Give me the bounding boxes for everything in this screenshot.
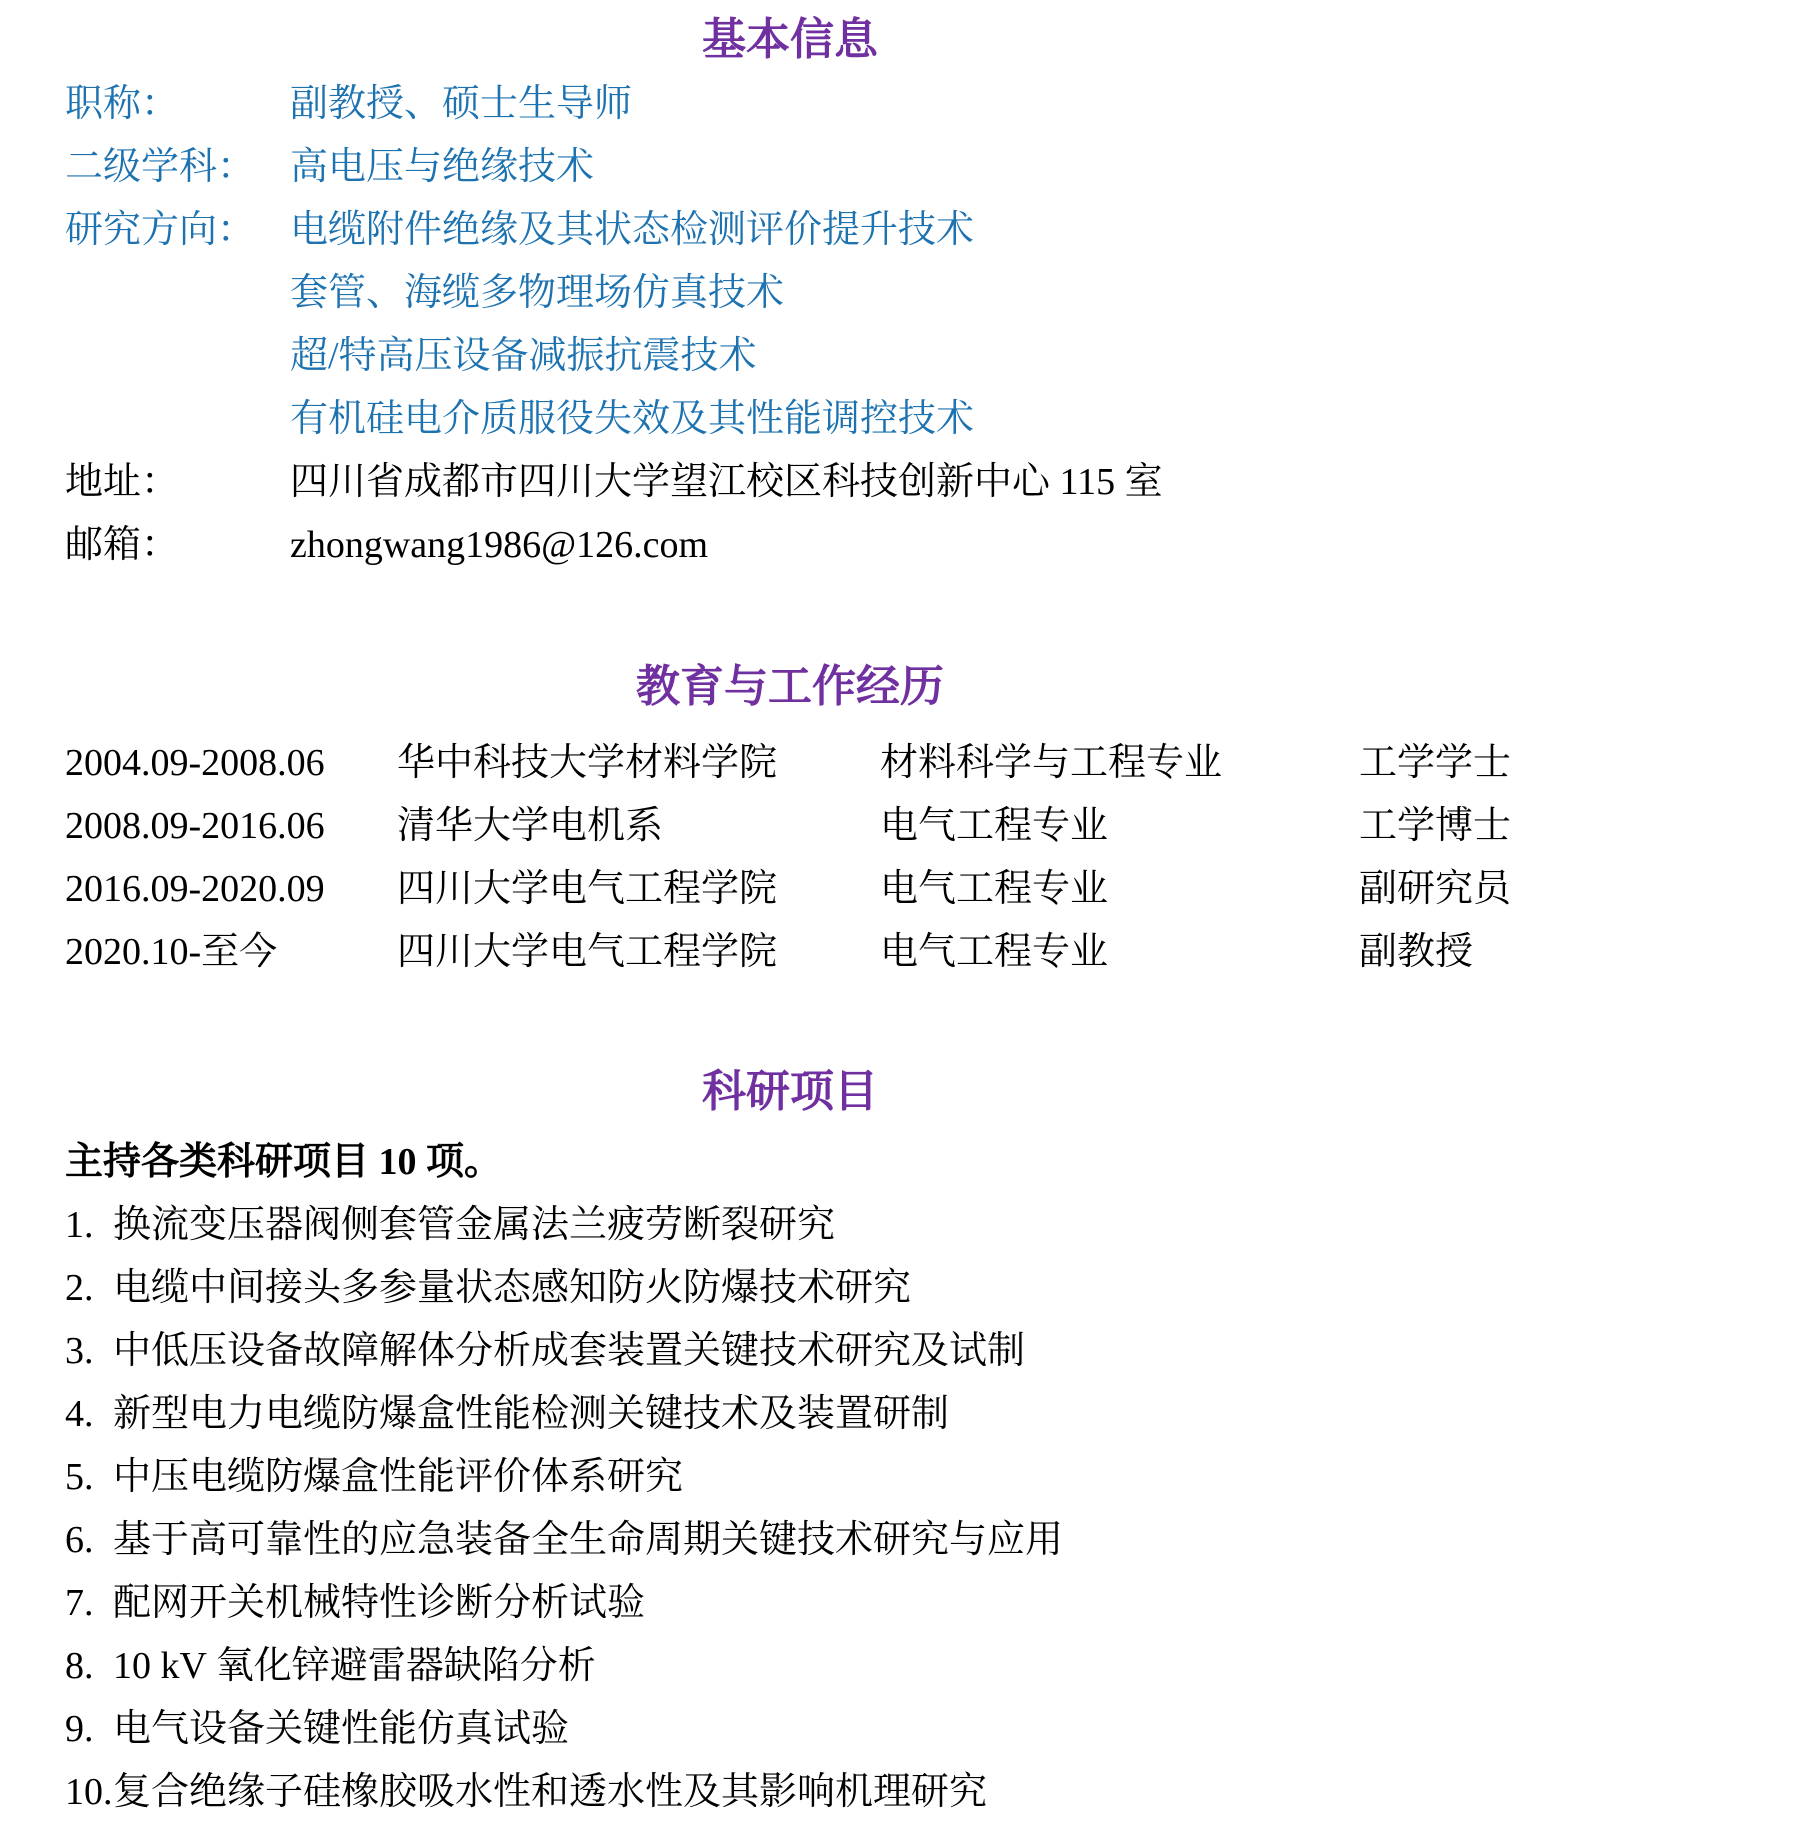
info-row-email: 邮箱： zhongwang1986@126.com (65, 514, 1515, 577)
info-row-research-directions: 研究方向： 电缆附件绝缘及其状态检测评价提升技术 套管、海缆多物理场仿真技术 超… (65, 199, 1515, 451)
list-item: 5. 中压电缆防爆盒性能评价体系研究 (65, 1446, 1515, 1509)
list-item: 7. 配网开关机械特性诊断分析试验 (65, 1572, 1515, 1635)
item-number: 3. (65, 1320, 113, 1383)
item-text: 电气设备关键性能仿真试验 (113, 1698, 1515, 1761)
info-values: 副教授、硕士生导师 (290, 73, 1515, 136)
edu-institution: 四川大学电气工程学院 (397, 858, 880, 921)
edu-major: 电气工程专业 (880, 921, 1359, 984)
item-text: 基于高可靠性的应急装备全生命周期关键技术研究与应用 (113, 1509, 1515, 1572)
edu-period: 2020.10-至今 (65, 921, 397, 984)
item-number: 5. (65, 1446, 113, 1509)
info-label: 研究方向： (65, 199, 290, 262)
info-value: 有机硅电介质服役失效及其性能调控技术 (290, 388, 1515, 451)
edu-institution: 清华大学电机系 (397, 795, 880, 858)
edu-period: 2004.09-2008.06 (65, 732, 397, 795)
info-label: 职称： (65, 73, 290, 136)
table-row: 2004.09-2008.06 华中科技大学材料学院 材料科学与工程专业 工学学… (65, 732, 1515, 795)
item-text: 中低压设备故障解体分析成套装置关键技术研究及试制 (113, 1320, 1515, 1383)
item-text: 复合绝缘子硅橡胶吸水性和透水性及其影响机理研究 (113, 1761, 1515, 1824)
edu-degree: 工学学士 (1359, 732, 1515, 795)
cv-document: 基本信息 职称： 副教授、硕士生导师 二级学科： 高电压与绝缘技术 研究方向： … (0, 0, 1800, 1826)
list-item: 4. 新型电力电缆防爆盒性能检测关键技术及装置研制 (65, 1383, 1515, 1446)
table-row: 2020.10-至今 四川大学电气工程学院 电气工程专业 副教授 (65, 921, 1515, 984)
list-item: 9. 电气设备关键性能仿真试验 (65, 1698, 1515, 1761)
info-values: 高电压与绝缘技术 (290, 136, 1515, 199)
item-number: 1. (65, 1194, 113, 1257)
edu-period: 2008.09-2016.06 (65, 795, 397, 858)
item-text: 换流变压器阀侧套管金属法兰疲劳断裂研究 (113, 1194, 1515, 1257)
info-values: 四川省成都市四川大学望江校区科技创新中心 115 室 (290, 451, 1515, 514)
info-values: zhongwang1986@126.com (290, 514, 1515, 577)
edu-period: 2016.09-2020.09 (65, 858, 397, 921)
info-row-address: 地址： 四川省成都市四川大学望江校区科技创新中心 115 室 (65, 451, 1515, 514)
item-text: 配网开关机械特性诊断分析试验 (113, 1572, 1515, 1635)
info-values: 电缆附件绝缘及其状态检测评价提升技术 套管、海缆多物理场仿真技术 超/特高压设备… (290, 199, 1515, 451)
education-table: 2004.09-2008.06 华中科技大学材料学院 材料科学与工程专业 工学学… (65, 732, 1515, 984)
item-text: 中压电缆防爆盒性能评价体系研究 (113, 1446, 1515, 1509)
section-title-education: 教育与工作经历 (65, 655, 1515, 718)
info-value: 副教授、硕士生导师 (290, 73, 1515, 136)
edu-major: 材料科学与工程专业 (880, 732, 1359, 795)
projects-list: 1. 换流变压器阀侧套管金属法兰疲劳断裂研究 2. 电缆中间接头多参量状态感知防… (65, 1194, 1515, 1824)
item-number: 4. (65, 1383, 113, 1446)
item-number: 2. (65, 1257, 113, 1320)
list-item: 3. 中低压设备故障解体分析成套装置关键技术研究及试制 (65, 1320, 1515, 1383)
info-value: 套管、海缆多物理场仿真技术 (290, 262, 1515, 325)
edu-degree: 副研究员 (1359, 858, 1515, 921)
edu-major: 电气工程专业 (880, 795, 1359, 858)
projects-intro: 主持各类科研项目 10 项。 (65, 1131, 1515, 1194)
item-text: 电缆中间接头多参量状态感知防火防爆技术研究 (113, 1257, 1515, 1320)
info-value: 四川省成都市四川大学望江校区科技创新中心 115 室 (290, 451, 1515, 514)
list-item: 8. 10 kV 氧化锌避雷器缺陷分析 (65, 1635, 1515, 1698)
item-text: 10 kV 氧化锌避雷器缺陷分析 (113, 1635, 1515, 1698)
item-text: 新型电力电缆防爆盒性能检测关键技术及装置研制 (113, 1383, 1515, 1446)
basic-info-list: 职称： 副教授、硕士生导师 二级学科： 高电压与绝缘技术 研究方向： 电缆附件绝… (65, 73, 1515, 577)
info-row-job-title: 职称： 副教授、硕士生导师 (65, 73, 1515, 136)
table-row: 2008.09-2016.06 清华大学电机系 电气工程专业 工学博士 (65, 795, 1515, 858)
item-number: 9. (65, 1698, 113, 1761)
section-title-basic-info: 基本信息 (65, 8, 1515, 71)
item-number: 10. (65, 1761, 113, 1824)
edu-institution: 华中科技大学材料学院 (397, 732, 880, 795)
list-item: 1. 换流变压器阀侧套管金属法兰疲劳断裂研究 (65, 1194, 1515, 1257)
info-row-discipline: 二级学科： 高电压与绝缘技术 (65, 136, 1515, 199)
info-value: 超/特高压设备减振抗震技术 (290, 325, 1515, 388)
edu-degree: 工学博士 (1359, 795, 1515, 858)
info-value: 高电压与绝缘技术 (290, 136, 1515, 199)
list-item: 6. 基于高可靠性的应急装备全生命周期关键技术研究与应用 (65, 1509, 1515, 1572)
info-label: 二级学科： (65, 136, 290, 199)
email-value: zhongwang1986@126.com (290, 514, 1515, 577)
item-number: 7. (65, 1572, 113, 1635)
list-item: 10. 复合绝缘子硅橡胶吸水性和透水性及其影响机理研究 (65, 1761, 1515, 1824)
info-label: 邮箱： (65, 514, 290, 577)
item-number: 6. (65, 1509, 113, 1572)
item-number: 8. (65, 1635, 113, 1698)
edu-major: 电气工程专业 (880, 858, 1359, 921)
info-value: 电缆附件绝缘及其状态检测评价提升技术 (290, 199, 1515, 262)
edu-degree: 副教授 (1359, 921, 1515, 984)
info-label: 地址： (65, 451, 290, 514)
section-title-projects: 科研项目 (65, 1060, 1515, 1123)
table-row: 2016.09-2020.09 四川大学电气工程学院 电气工程专业 副研究员 (65, 858, 1515, 921)
edu-institution: 四川大学电气工程学院 (397, 921, 880, 984)
list-item: 2. 电缆中间接头多参量状态感知防火防爆技术研究 (65, 1257, 1515, 1320)
